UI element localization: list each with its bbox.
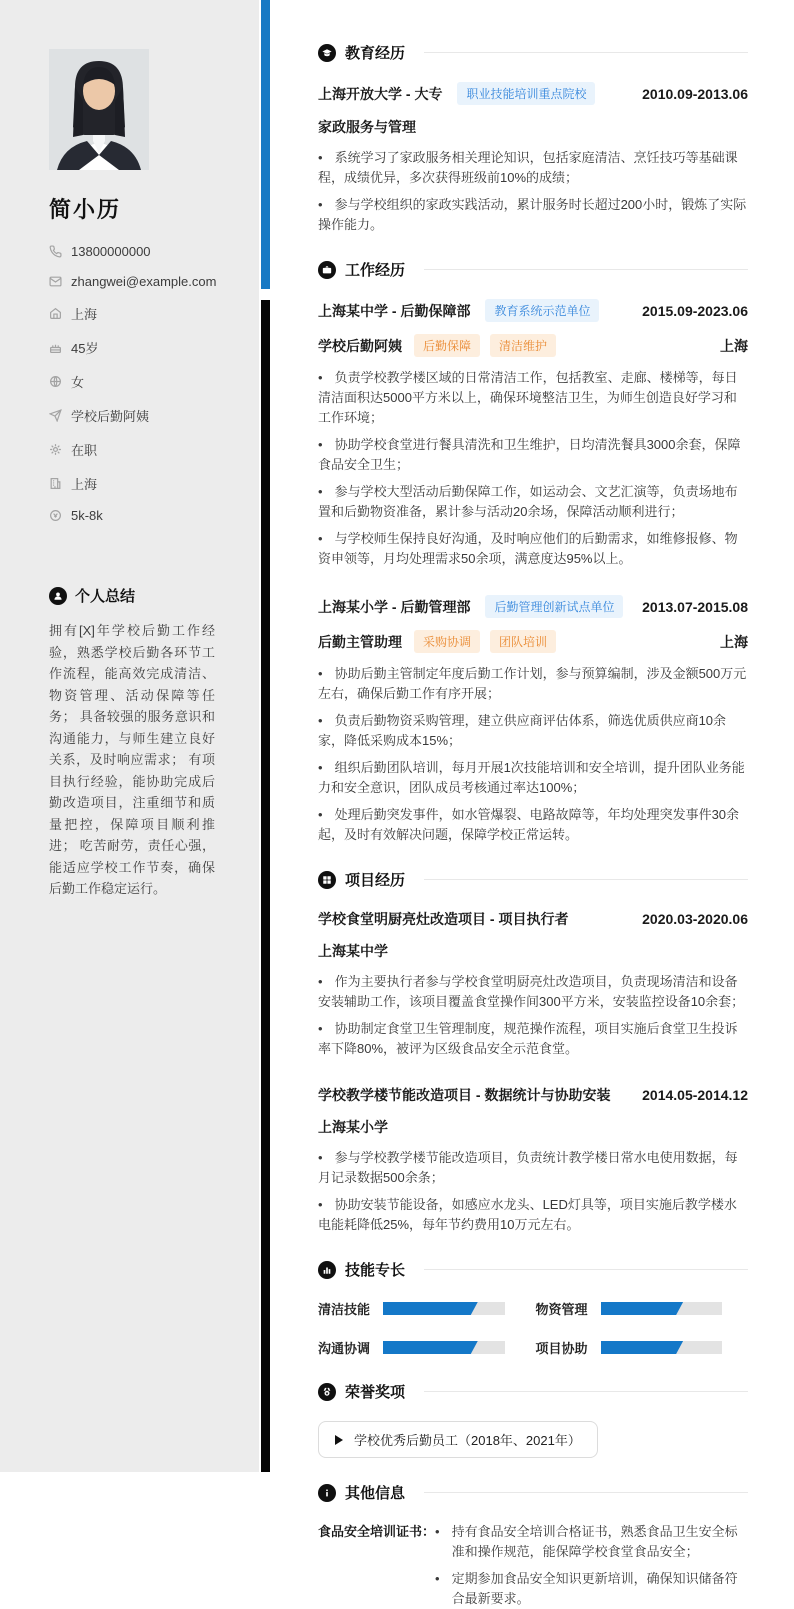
education-major-row: 家政服务与管理 — [318, 117, 748, 137]
profile-photo — [49, 49, 149, 170]
contact-value: 上海 — [71, 474, 97, 493]
skill-bar — [383, 1302, 505, 1315]
school-name: 上海开放大学 - 大专 — [318, 84, 442, 104]
candidate-name: 简小历 — [49, 193, 215, 224]
skill-tag: 清洁维护 — [490, 334, 556, 357]
bullet-text: 处理后勤突发事件，如水管爆裂、电路故障等，年均处理突发事件30余起，及时有效解决… — [318, 807, 739, 842]
other-header: 其他信息 — [318, 1482, 748, 1503]
job-bullets: •协助后勤主管制定年度后勤工作计划，参与预算编制，涉及金额500万元左右，确保后… — [318, 664, 748, 845]
section-divider-line — [424, 879, 748, 880]
education-header: 教育经历 — [318, 42, 748, 63]
skill-label: 沟通协调 — [318, 1338, 374, 1357]
bullet-text: 定期参加食品安全知识更新培训，确保知识储备符合最新要求。 — [452, 1569, 748, 1609]
play-triangle-icon — [335, 1435, 343, 1445]
project-title-row: 学校食堂明厨亮灶改造项目 - 项目执行者 2020.03-2020.06 — [318, 909, 748, 929]
bullet-dot: • — [318, 974, 323, 989]
section-projects: 项目经历 学校食堂明厨亮灶改造项目 - 项目执行者 2020.03-2020.0… — [318, 869, 748, 1235]
projects-header: 项目经历 — [318, 869, 748, 890]
company-tag: 教育系统示范单位 — [485, 299, 599, 322]
contact-value: 在职 — [71, 440, 97, 459]
bullet-item: •组织后勤团队培训，每月开展1次技能培训和安全培训，提升团队业务能力和安全意识，… — [318, 758, 748, 798]
position-name: 后勤主管助理 — [318, 632, 402, 652]
section-title: 荣誉奖项 — [345, 1381, 405, 1402]
section-title: 技能专长 — [345, 1259, 405, 1280]
bullet-dot: • — [318, 531, 323, 546]
honors-header: 荣誉奖项 — [318, 1381, 748, 1402]
bullet-dot: • — [318, 666, 323, 681]
project-org: 上海某中学 — [318, 941, 388, 961]
bullet-text: 参与学校教学楼节能改造项目，负责统计教学楼日常水电使用数据，每月记录数据500余… — [318, 1150, 738, 1185]
skill-fill — [601, 1341, 684, 1354]
bullet-item: •协助后勤主管制定年度后勤工作计划，参与预算编制，涉及金额500万元左右，确保后… — [318, 664, 748, 704]
section-skills: 技能专长 清洁技能 物资管理 沟通协调 项目协助 — [318, 1259, 748, 1357]
certificate-label: 食品安全培训证书： — [318, 1522, 435, 1542]
bullet-item: •系统学习了家政服务相关理论知识，包括家庭清洁、烹饪技巧等基础课程，成绩优异，多… — [318, 148, 748, 188]
divider-stripe-inner — [261, 0, 270, 1472]
job-bullets: •负责学校教学楼区域的日常清洁工作，包括教室、走廊、楼梯等，每日清洁面积达500… — [318, 368, 748, 569]
project-entry: 学校食堂明厨亮灶改造项目 - 项目执行者 2020.03-2020.06 上海某… — [318, 909, 748, 1059]
bullet-text: 协助制定食堂卫生管理制度，规范操作流程，项目实施后食堂卫生投诉率下降80%，被评… — [318, 1021, 738, 1056]
contact-value: 5k-8k — [71, 508, 103, 523]
person-icon — [49, 587, 67, 605]
skill-row: 物资管理 — [536, 1299, 723, 1318]
contact-home: 上海 — [49, 304, 215, 323]
position-name: 学校后勤阿姨 — [318, 336, 402, 356]
bullet-text: 组织后勤团队培训，每月开展1次技能培训和安全培训，提升团队业务能力和安全意识，团… — [318, 760, 745, 795]
bullet-dot: • — [318, 437, 323, 452]
section-title: 教育经历 — [345, 42, 405, 63]
project-name: 学校食堂明厨亮灶改造项目 - 项目执行者 — [318, 909, 568, 929]
bullet-dot: • — [318, 807, 323, 822]
contact-status: 在职 — [49, 440, 215, 459]
skill-label: 项目协助 — [536, 1338, 592, 1357]
section-title: 项目经历 — [345, 869, 405, 890]
section-divider-line — [424, 1391, 748, 1392]
bullet-item: •负责后勤物资采购管理，建立供应商评估体系，筛选优质供应商10余家，降低采购成本… — [318, 711, 748, 751]
graduation-cap-icon — [318, 44, 336, 62]
main-content: 教育经历 上海开放大学 - 大专 职业技能培训重点院校 2010.09-2013… — [270, 0, 794, 1472]
section-other: 其他信息 食品安全培训证书： •持有食品安全培训合格证书，熟悉食品卫生安全标准和… — [318, 1482, 748, 1609]
project-name: 学校教学楼节能改造项目 - 数据统计与协助安装 — [318, 1085, 610, 1105]
skill-label: 物资管理 — [536, 1299, 592, 1318]
bullet-item: •协助安装节能设备，如感应水龙头、LED灯具等，项目实施后教学楼水电能耗降低25… — [318, 1195, 748, 1235]
job-date: 2013.07-2015.08 — [642, 599, 748, 615]
job-position-row: 后勤主管助理 采购协调 团队培训 上海 — [318, 630, 748, 653]
project-title-row: 学校教学楼节能改造项目 - 数据统计与协助安装 2014.05-2014.12 — [318, 1085, 748, 1105]
bullet-item: •参与学校教学楼节能改造项目，负责统计教学楼日常水电使用数据，每月记录数据500… — [318, 1148, 748, 1188]
status-icon — [49, 443, 62, 456]
education-title-row: 上海开放大学 - 大专 职业技能培训重点院校 2010.09-2013.06 — [318, 82, 748, 105]
age-icon — [49, 341, 62, 354]
honor-item: 学校优秀后勤员工（2018年、2021年） — [318, 1421, 598, 1458]
resume-page: 简小历 13800000000 zhangwei@example.com 上海 — [0, 0, 794, 1472]
section-divider-line — [424, 1269, 748, 1270]
briefcase-icon — [318, 261, 336, 279]
contact-value: 13800000000 — [71, 244, 151, 259]
bar-chart-icon — [318, 1261, 336, 1279]
job-entry: 上海某中学 - 后勤保障部 教育系统示范单位 2015.09-2023.06 学… — [318, 299, 748, 569]
bullet-text: 参与学校组织的家政实践活动，累计服务时长超过200小时，锻炼了实际操作能力。 — [318, 197, 746, 232]
skills-header: 技能专长 — [318, 1259, 748, 1280]
skill-bar — [601, 1341, 723, 1354]
stripe-blue-segment — [261, 0, 270, 289]
bullet-text: 持有食品安全培训合格证书，熟悉食品卫生安全标准和操作规范，能保障学校食堂食品安全… — [452, 1522, 748, 1562]
company-name: 上海某小学 - 后勤管理部 — [318, 597, 470, 617]
contact-age: 45岁 — [49, 338, 215, 357]
bullet-dot: • — [435, 1569, 440, 1609]
medal-icon — [318, 1383, 336, 1401]
skill-row: 清洁技能 — [318, 1299, 505, 1318]
contact-list: 13800000000 zhangwei@example.com 上海 45岁 — [49, 244, 215, 523]
section-work: 工作经历 上海某中学 - 后勤保障部 教育系统示范单位 2015.09-2023… — [318, 259, 748, 845]
sidebar: 简小历 13800000000 zhangwei@example.com 上海 — [0, 0, 259, 1472]
job-location: 上海 — [720, 336, 748, 356]
bullet-text: 与学校师生保持良好沟通，及时响应他们的后勤需求，如维修报修、物资申领等，月均处理… — [318, 531, 738, 566]
company-tag: 后勤管理创新试点单位 — [485, 595, 623, 618]
stripe-black-segment — [261, 300, 270, 1472]
work-header: 工作经历 — [318, 259, 748, 280]
position-icon — [49, 409, 62, 422]
other-bullets: •持有食品安全培训合格证书，熟悉食品卫生安全标准和操作规范，能保障学校食堂食品安… — [435, 1522, 748, 1609]
divider-stripe — [259, 0, 270, 1472]
bullet-item: •协助制定食堂卫生管理制度，规范操作流程，项目实施后食堂卫生投诉率下降80%，被… — [318, 1019, 748, 1059]
job-title-row: 上海某小学 - 后勤管理部 后勤管理创新试点单位 2013.07-2015.08 — [318, 595, 748, 618]
phone-icon — [49, 245, 62, 258]
skill-fill — [383, 1302, 478, 1315]
salary-icon — [49, 509, 62, 522]
section-honors: 荣誉奖项 学校优秀后勤员工（2018年、2021年） — [318, 1381, 748, 1458]
project-date: 2020.03-2020.06 — [642, 911, 748, 927]
skill-row: 项目协助 — [536, 1338, 723, 1357]
contact-value: 45岁 — [71, 338, 98, 357]
skill-tag: 后勤保障 — [414, 334, 480, 357]
section-divider-line — [424, 269, 748, 270]
skills-grid: 清洁技能 物资管理 沟通协调 项目协助 — [318, 1299, 722, 1357]
skill-tag: 采购协调 — [414, 630, 480, 653]
bullet-item: •协助学校食堂进行餐具清洗和卫生维护，日均清洗餐具3000余套，保障食品安全卫生… — [318, 435, 748, 475]
bullet-item: •处理后勤突发事件，如水管爆裂、电路故障等，年均处理突发事件30余起，及时有效解… — [318, 805, 748, 845]
skill-bar — [601, 1302, 723, 1315]
bullet-item: •与学校师生保持良好沟通，及时响应他们的后勤需求，如维修报修、物资申领等，月均处… — [318, 529, 748, 569]
bullet-text: 参与学校大型活动后勤保障工作，如运动会、文艺汇演等，负责场地布置和后勤物资准备，… — [318, 484, 738, 519]
project-org: 上海某小学 — [318, 1117, 388, 1137]
skill-bar — [383, 1341, 505, 1354]
home-icon — [49, 307, 62, 320]
contact-city: 上海 — [49, 474, 215, 493]
summary-header: 个人总结 — [49, 585, 215, 606]
info-icon — [318, 1484, 336, 1502]
skill-fill — [383, 1341, 478, 1354]
bullet-item: •持有食品安全培训合格证书，熟悉食品卫生安全标准和操作规范，能保障学校食堂食品安… — [435, 1522, 748, 1562]
bullet-text: 负责后勤物资采购管理，建立供应商评估体系，筛选优质供应商10余家，降低采购成本1… — [318, 713, 726, 748]
bullet-text: 作为主要执行者参与学校食堂明厨亮灶改造项目，负责现场清洁和设备安装辅助工作，该项… — [318, 974, 744, 1009]
section-title: 其他信息 — [345, 1482, 405, 1503]
job-position-row: 学校后勤阿姨 后勤保障 清洁维护 上海 — [318, 334, 748, 357]
bullet-dot: • — [318, 484, 323, 499]
bullet-item: •作为主要执行者参与学校食堂明厨亮灶改造项目，负责现场清洁和设备安装辅助工作，该… — [318, 972, 748, 1012]
major-name: 家政服务与管理 — [318, 117, 416, 137]
honor-text: 学校优秀后勤员工（2018年、2021年） — [354, 1430, 581, 1449]
bullet-text: 协助后勤主管制定年度后勤工作计划，参与预算编制，涉及金额500万元左右，确保后勤… — [318, 666, 746, 701]
mail-icon — [49, 275, 62, 288]
project-bullets: •参与学校教学楼节能改造项目，负责统计教学楼日常水电使用数据，每月记录数据500… — [318, 1148, 748, 1235]
bullet-dot: • — [318, 197, 323, 212]
section-title: 工作经历 — [345, 259, 405, 280]
contact-value: 女 — [71, 372, 84, 391]
summary-title: 个人总结 — [75, 585, 135, 606]
gender-icon — [49, 375, 62, 388]
contact-email: zhangwei@example.com — [49, 274, 215, 289]
summary-text: 拥有[X]年学校后勤工作经验，熟悉学校后勤各环节工作流程，能高效完成清洁、物资管… — [49, 620, 215, 900]
job-location: 上海 — [720, 632, 748, 652]
project-org-row: 上海某中学 — [318, 941, 748, 961]
job-title-row: 上海某中学 - 后勤保障部 教育系统示范单位 2015.09-2023.06 — [318, 299, 748, 322]
bullet-dot: • — [318, 370, 323, 385]
project-bullets: •作为主要执行者参与学校食堂明厨亮灶改造项目，负责现场清洁和设备安装辅助工作，该… — [318, 972, 748, 1059]
bullet-text: 协助安装节能设备，如感应水龙头、LED灯具等，项目实施后教学楼水电能耗降低25%… — [318, 1197, 737, 1232]
contact-gender: 女 — [49, 372, 215, 391]
bullet-dot: • — [318, 760, 323, 775]
job-date: 2015.09-2023.06 — [642, 303, 748, 319]
bullet-dot: • — [318, 713, 323, 728]
city-icon — [49, 477, 62, 490]
contact-value: 上海 — [71, 304, 97, 323]
education-bullets: •系统学习了家政服务相关理论知识，包括家庭清洁、烹饪技巧等基础课程，成绩优异，多… — [318, 148, 748, 235]
section-education: 教育经历 上海开放大学 - 大专 职业技能培训重点院校 2010.09-2013… — [318, 42, 748, 235]
grid-icon — [318, 871, 336, 889]
bullet-dot: • — [318, 1197, 323, 1212]
education-entry: 上海开放大学 - 大专 职业技能培训重点院校 2010.09-2013.06 家… — [318, 82, 748, 235]
bullet-item: •参与学校组织的家政实践活动，累计服务时长超过200小时，锻炼了实际操作能力。 — [318, 195, 748, 235]
contact-position: 学校后勤阿姨 — [49, 406, 215, 425]
bullet-dot: • — [318, 1150, 323, 1165]
education-date: 2010.09-2013.06 — [642, 86, 748, 102]
contact-value: 学校后勤阿姨 — [71, 406, 149, 425]
skill-tag: 团队培训 — [490, 630, 556, 653]
other-info-row: 食品安全培训证书： •持有食品安全培训合格证书，熟悉食品卫生安全标准和操作规范，… — [318, 1522, 748, 1609]
section-divider-line — [424, 52, 748, 53]
bullet-text: 系统学习了家政服务相关理论知识，包括家庭清洁、烹饪技巧等基础课程，成绩优异，多次… — [318, 150, 738, 185]
skill-fill — [601, 1302, 684, 1315]
project-org-row: 上海某小学 — [318, 1117, 748, 1137]
bullet-item: •负责学校教学楼区域的日常清洁工作，包括教室、走廊、楼梯等，每日清洁面积达500… — [318, 368, 748, 428]
stripe-gap — [261, 289, 270, 300]
job-entry: 上海某小学 - 后勤管理部 后勤管理创新试点单位 2013.07-2015.08… — [318, 595, 748, 845]
bullet-text: 负责学校教学楼区域的日常清洁工作，包括教室、走廊、楼梯等，每日清洁面积达5000… — [318, 370, 738, 425]
company-name: 上海某中学 - 后勤保障部 — [318, 301, 470, 321]
skill-label: 清洁技能 — [318, 1299, 374, 1318]
section-divider-line — [424, 1492, 748, 1493]
contact-salary: 5k-8k — [49, 508, 215, 523]
project-date: 2014.05-2014.12 — [642, 1087, 748, 1103]
bullet-dot: • — [435, 1522, 440, 1562]
bullet-dot: • — [318, 150, 323, 165]
school-tag: 职业技能培训重点院校 — [457, 82, 595, 105]
bullet-item: •定期参加食品安全知识更新培训，确保知识储备符合最新要求。 — [435, 1569, 748, 1609]
contact-value: zhangwei@example.com — [71, 274, 216, 289]
bullet-dot: • — [318, 1021, 323, 1036]
project-entry: 学校教学楼节能改造项目 - 数据统计与协助安装 2014.05-2014.12 … — [318, 1085, 748, 1235]
bullet-text: 协助学校食堂进行餐具清洗和卫生维护，日均清洗餐具3000余套，保障食品安全卫生； — [318, 437, 740, 472]
bullet-item: •参与学校大型活动后勤保障工作，如运动会、文艺汇演等，负责场地布置和后勤物资准备… — [318, 482, 748, 522]
contact-phone: 13800000000 — [49, 244, 215, 259]
skill-row: 沟通协调 — [318, 1338, 505, 1357]
